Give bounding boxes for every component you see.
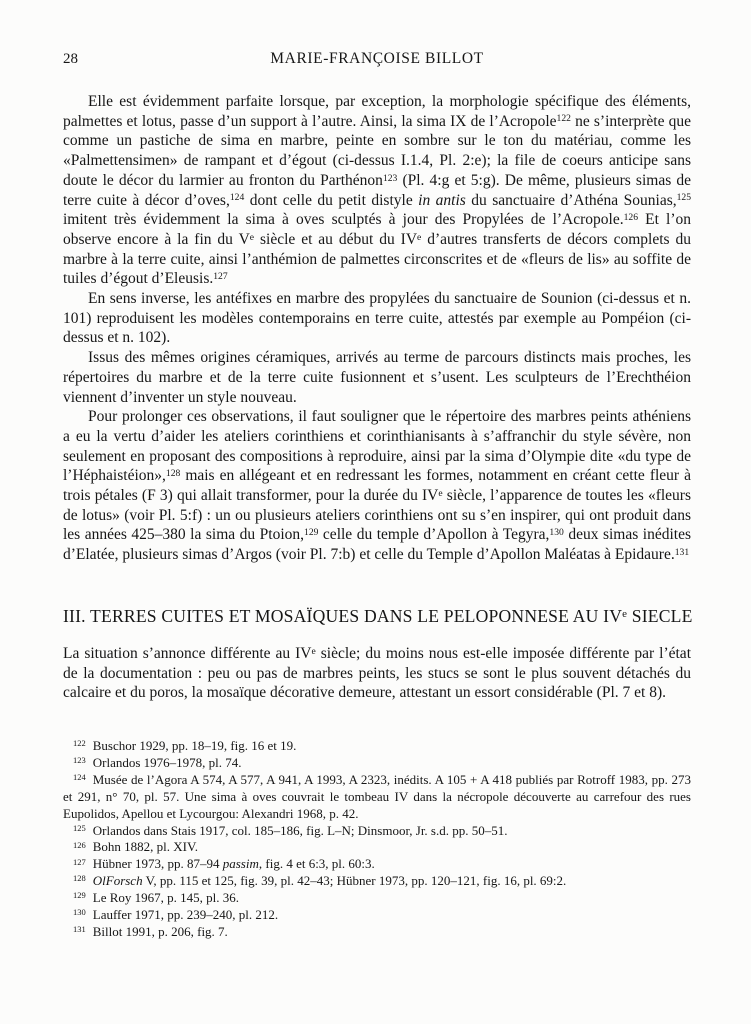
footnote-item: 125Orlandos dans Stais 1917, col. 185–18… (63, 823, 691, 840)
footnote-number: 130 (73, 907, 86, 917)
footnote-item: 126Bohn 1882, pl. XIV. (63, 839, 691, 856)
footnote-item: 122Buschor 1929, pp. 18–19, fig. 16 et 1… (63, 738, 691, 755)
footnote-item: 131Billot 1991, p. 206, fig. 7. (63, 924, 691, 941)
footnote-item: 127Hübner 1973, pp. 87–94 passim, fig. 4… (63, 856, 691, 873)
italic-text: in antis (418, 192, 466, 209)
footnote-ref: e (312, 646, 316, 657)
footnote-number: 123 (73, 755, 86, 765)
footnote-ref: 127 (213, 271, 227, 282)
italic-text: OlForsch (93, 873, 143, 888)
footnote-number: 122 (73, 738, 86, 748)
footnote-item: 124Musée de l’Agora A 574, A 577, A 941,… (63, 772, 691, 823)
footnote-ref: 122 (557, 113, 571, 124)
footnote-number: 127 (73, 857, 86, 867)
page-header: 28 MARIE-FRANÇOISE BILLOT (63, 50, 691, 68)
body-paragraph: En sens inverse, les antéfixes en marbre… (63, 289, 691, 348)
footnote-item: 129Le Roy 1967, p. 145, pl. 36. (63, 890, 691, 907)
footnote-ref: e (417, 232, 421, 243)
footnote-ref: 124 (230, 192, 244, 203)
footnote-item: 130Lauffer 1971, pp. 239–240, pl. 212. (63, 907, 691, 924)
footnote-number: 128 (73, 873, 86, 883)
body-paragraph: Elle est évidemment parfaite lorsque, pa… (63, 92, 691, 289)
footnote-item: 123Orlandos 1976–1978, pl. 74. (63, 755, 691, 772)
footnote-item: 128OlForsch V, pp. 115 et 125, fig. 39, … (63, 873, 691, 890)
footnote-number: 129 (73, 890, 86, 900)
section-heading: III. TERRES CUITES ET MOSAÏQUES DANS LE … (63, 606, 691, 627)
footnote-ref: 125 (677, 192, 691, 203)
footnote-number: 124 (73, 772, 86, 782)
footnote-ref: 123 (383, 173, 397, 184)
footnote-number: 131 (73, 924, 86, 934)
running-head: MARIE-FRANÇOISE BILLOT (133, 50, 621, 68)
footnote-number: 126 (73, 840, 86, 850)
section-heading-wrap: III. TERRES CUITES ET MOSAÏQUES DANS LE … (63, 606, 691, 627)
footnote-ref: 126 (624, 212, 638, 223)
body-paragraphs: Elle est évidemment parfaite lorsque, pa… (63, 92, 691, 565)
footnote-number: 125 (73, 823, 86, 833)
section-paragraph: La situation s’annonce différente au IVe… (63, 644, 691, 703)
page-number: 28 (63, 51, 133, 68)
italic-text: passim (223, 856, 259, 871)
footnote-ref: 128 (166, 468, 180, 479)
section-paragraphs: La situation s’annonce différente au IVe… (63, 644, 691, 703)
scanned-paper-page: 28 MARIE-FRANÇOISE BILLOT Elle est évide… (0, 0, 751, 1024)
footnote-ref: 131 (675, 547, 689, 558)
footnote-ref: 129 (304, 527, 318, 538)
ordinal-superscript: e (622, 608, 627, 620)
footnote-ref: e (438, 488, 442, 499)
footnote-ref: 130 (549, 527, 563, 538)
footnotes: 122Buschor 1929, pp. 18–19, fig. 16 et 1… (63, 738, 691, 941)
footnote-ref: e (250, 232, 254, 243)
body-paragraph: Issus des mêmes origines céramiques, arr… (63, 348, 691, 407)
body-paragraph: Pour prolonger ces observations, il faut… (63, 407, 691, 565)
